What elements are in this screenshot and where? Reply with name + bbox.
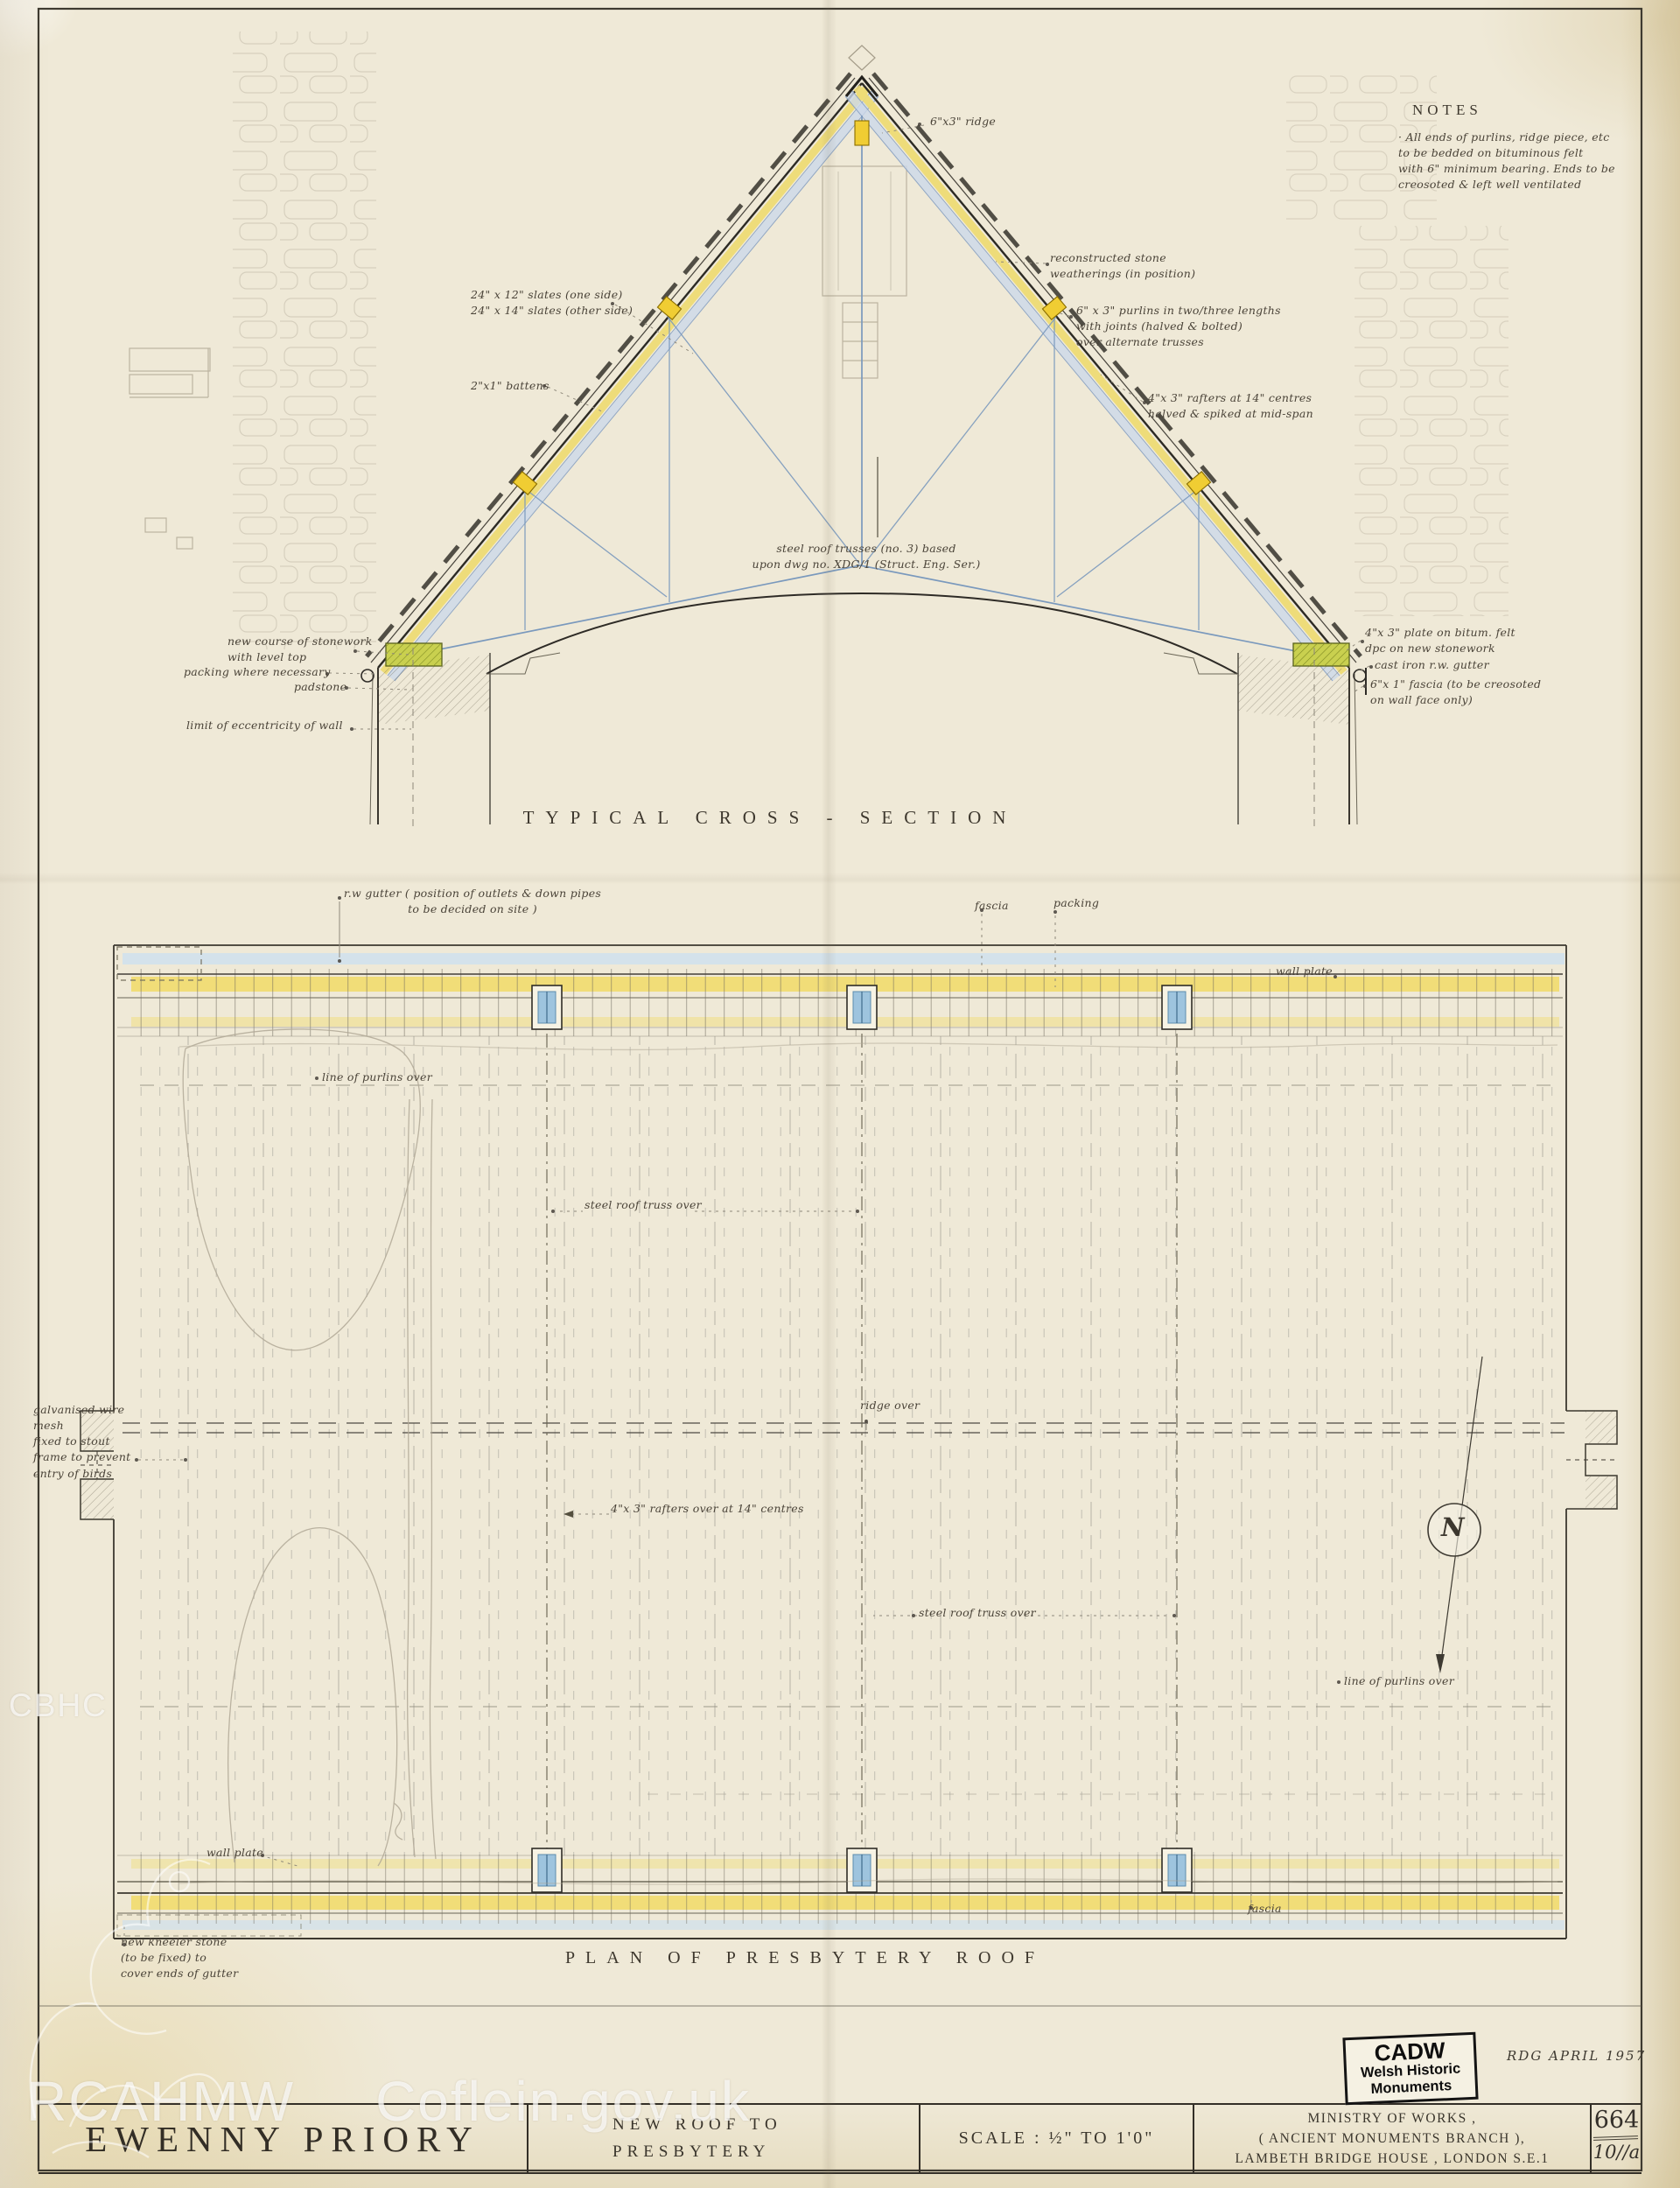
initials-date-note: RDG APRIL 1957 — [1507, 2048, 1646, 2064]
cross-section-drawing — [129, 32, 1508, 828]
gutter-band-top — [122, 953, 1564, 964]
gutter-section-right — [1354, 670, 1366, 682]
drawing-sheet: NOTES · All ends of purlins, ridge piece… — [0, 0, 1680, 2188]
compass-north-letter: N — [1441, 1512, 1465, 1542]
ridge-block — [855, 121, 869, 145]
eaves-walls — [361, 643, 1366, 828]
cornice-sketch — [129, 348, 210, 549]
label-fascia-top: fascia — [975, 898, 1009, 914]
plan-title: PLAN OF PRESBYTERY ROOF — [525, 1948, 1085, 1968]
title-block-scale-cell: SCALE : ½" TO 1'0" — [919, 2105, 1193, 2172]
project-name: EWENNY PRIORY — [85, 2118, 479, 2160]
leader-dots-section — [325, 123, 1373, 731]
label-stonework: new course of stonework with level top — [227, 634, 373, 665]
label-packing-necessary: packing where necessary — [184, 664, 331, 680]
gable-niche-sketch — [822, 166, 906, 378]
padstone-right — [1293, 643, 1349, 666]
apex-finial — [849, 46, 875, 70]
label-fascia-section: 6"x 1" fascia (to be creosoted on wall f… — [1370, 677, 1541, 708]
label-purlins: 6" x 3" purlins in two/three lengths wit… — [1076, 303, 1281, 350]
leader-lines-section — [329, 125, 1369, 729]
label-weatherings: reconstructed stone weatherings (in posi… — [1050, 250, 1195, 282]
label-truss-over-2: steel roof truss over — [919, 1605, 1036, 1621]
cadw-stamp: CADW Welsh Historic Monuments — [1342, 2032, 1478, 2106]
drawing-number: 664 — [1592, 2107, 1641, 2134]
label-kneeler-stone: new kneeler stone (to be fixed) to cover… — [121, 1934, 252, 1981]
label-rw-gutter: r.w gutter ( position of outlets & down … — [328, 886, 617, 917]
label-ridge-over: ridge over — [860, 1398, 920, 1413]
title-block-number-cell: 664 10//a — [1590, 2105, 1641, 2172]
organisation: MINISTRY OF WORKS , ( ANCIENT MONUMENTS … — [1235, 2108, 1549, 2170]
padstone-left — [386, 643, 442, 666]
scale-note: SCALE : ½" TO 1'0" — [959, 2128, 1155, 2149]
cross-section-title: TYPICAL CROSS - SECTION — [490, 807, 1050, 829]
label-cast-iron-gutter: cast iron r.w. gutter — [1375, 657, 1489, 673]
plan-drawing — [80, 896, 1617, 1946]
label-packing-top: packing — [1053, 895, 1099, 911]
label-slates: 24" x 12" slates (one side) 24" x 14" sl… — [471, 287, 633, 319]
label-rafters-over: 4"x 3" rafters over at 14" centres — [611, 1501, 804, 1517]
label-plate: 4"x 3" plate on bitum. felt dpc on new s… — [1365, 625, 1515, 656]
gutter-section-left — [361, 670, 374, 682]
notes-body: · All ends of purlins, ridge piece, etc … — [1398, 130, 1617, 193]
vault-arch — [486, 593, 1237, 674]
label-rafters-section: 4"x 3" rafters at 14" centres halved & s… — [1148, 390, 1313, 422]
title-block-drawing-title-cell: NEW ROOF TO PRESBYTERY — [527, 2105, 919, 2172]
label-truss-over-1: steel roof truss over — [584, 1197, 702, 1213]
sheet-ref: 10//a — [1592, 2142, 1641, 2163]
label-ridge: 6"x3" ridge — [930, 114, 996, 130]
label-wire-mesh: galvanised wire mesh fixed to stout fram… — [33, 1402, 147, 1482]
label-wall-plate-bottom: wall plate — [206, 1845, 263, 1861]
right-wall-projection — [1566, 1411, 1617, 1509]
label-purlins-right: line of purlins over — [1344, 1673, 1454, 1689]
masonry-right — [1354, 226, 1508, 616]
label-purlins-left: line of purlins over — [322, 1069, 432, 1085]
masonry-left — [233, 32, 376, 649]
label-battens: 2"x1" battens — [471, 378, 549, 394]
title-block: EWENNY PRIORY NEW ROOF TO PRESBYTERY SCA… — [38, 2103, 1641, 2174]
number-divider — [1593, 2135, 1638, 2141]
label-steel-trusses: steel roof trusses (no. 3) based upon dw… — [735, 541, 997, 572]
title-block-project-cell: EWENNY PRIORY — [38, 2105, 527, 2172]
label-fascia-bottom: fascia — [1248, 1901, 1282, 1917]
title-block-organisation-cell: MINISTRY OF WORKS , ( ANCIENT MONUMENTS … — [1193, 2105, 1590, 2172]
label-padstone: padstone — [294, 679, 346, 695]
label-wall-plate-right: wall plate — [1276, 964, 1333, 979]
notes-title: NOTES — [1412, 102, 1482, 119]
label-limit-eccentricity: limit of eccentricity of wall — [186, 718, 343, 733]
drawing-title: NEW ROOF TO PRESBYTERY — [612, 2112, 782, 2165]
